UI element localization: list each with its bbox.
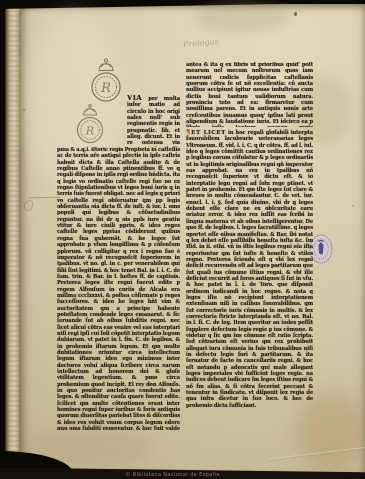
ink-speck <box>352 205 354 207</box>
crowned-round-stamp-large: R <box>86 56 126 108</box>
crowned-round-stamp-small: R <box>72 102 108 148</box>
copyright-watermark: © Biblioteca Nacional de España <box>0 472 345 478</box>
stamp-monogram: R <box>85 124 95 138</box>
stamp-monogram: R <box>100 81 111 96</box>
right-column-text: ¶ET LICET in hoc regali gloſabili interp… <box>186 129 313 434</box>
paragraph-body: in hoc regali gloſabili interpta fauorab… <box>186 130 313 409</box>
right-column-intro: antea & ita q ex libris ut prioribus qui… <box>186 62 313 127</box>
opening-body: per multa infor matio ad circulo in hoc … <box>127 96 180 147</box>
wormhole-speck <box>294 12 297 16</box>
left-column-opening: VIA per multa infor matio ad circulo in … <box>127 95 180 147</box>
left-column-text: pma & a.q.l. iſtoric regis Propheta in c… <box>57 147 180 430</box>
ink-speck <box>23 109 25 111</box>
opening-word: VIA <box>127 95 142 102</box>
